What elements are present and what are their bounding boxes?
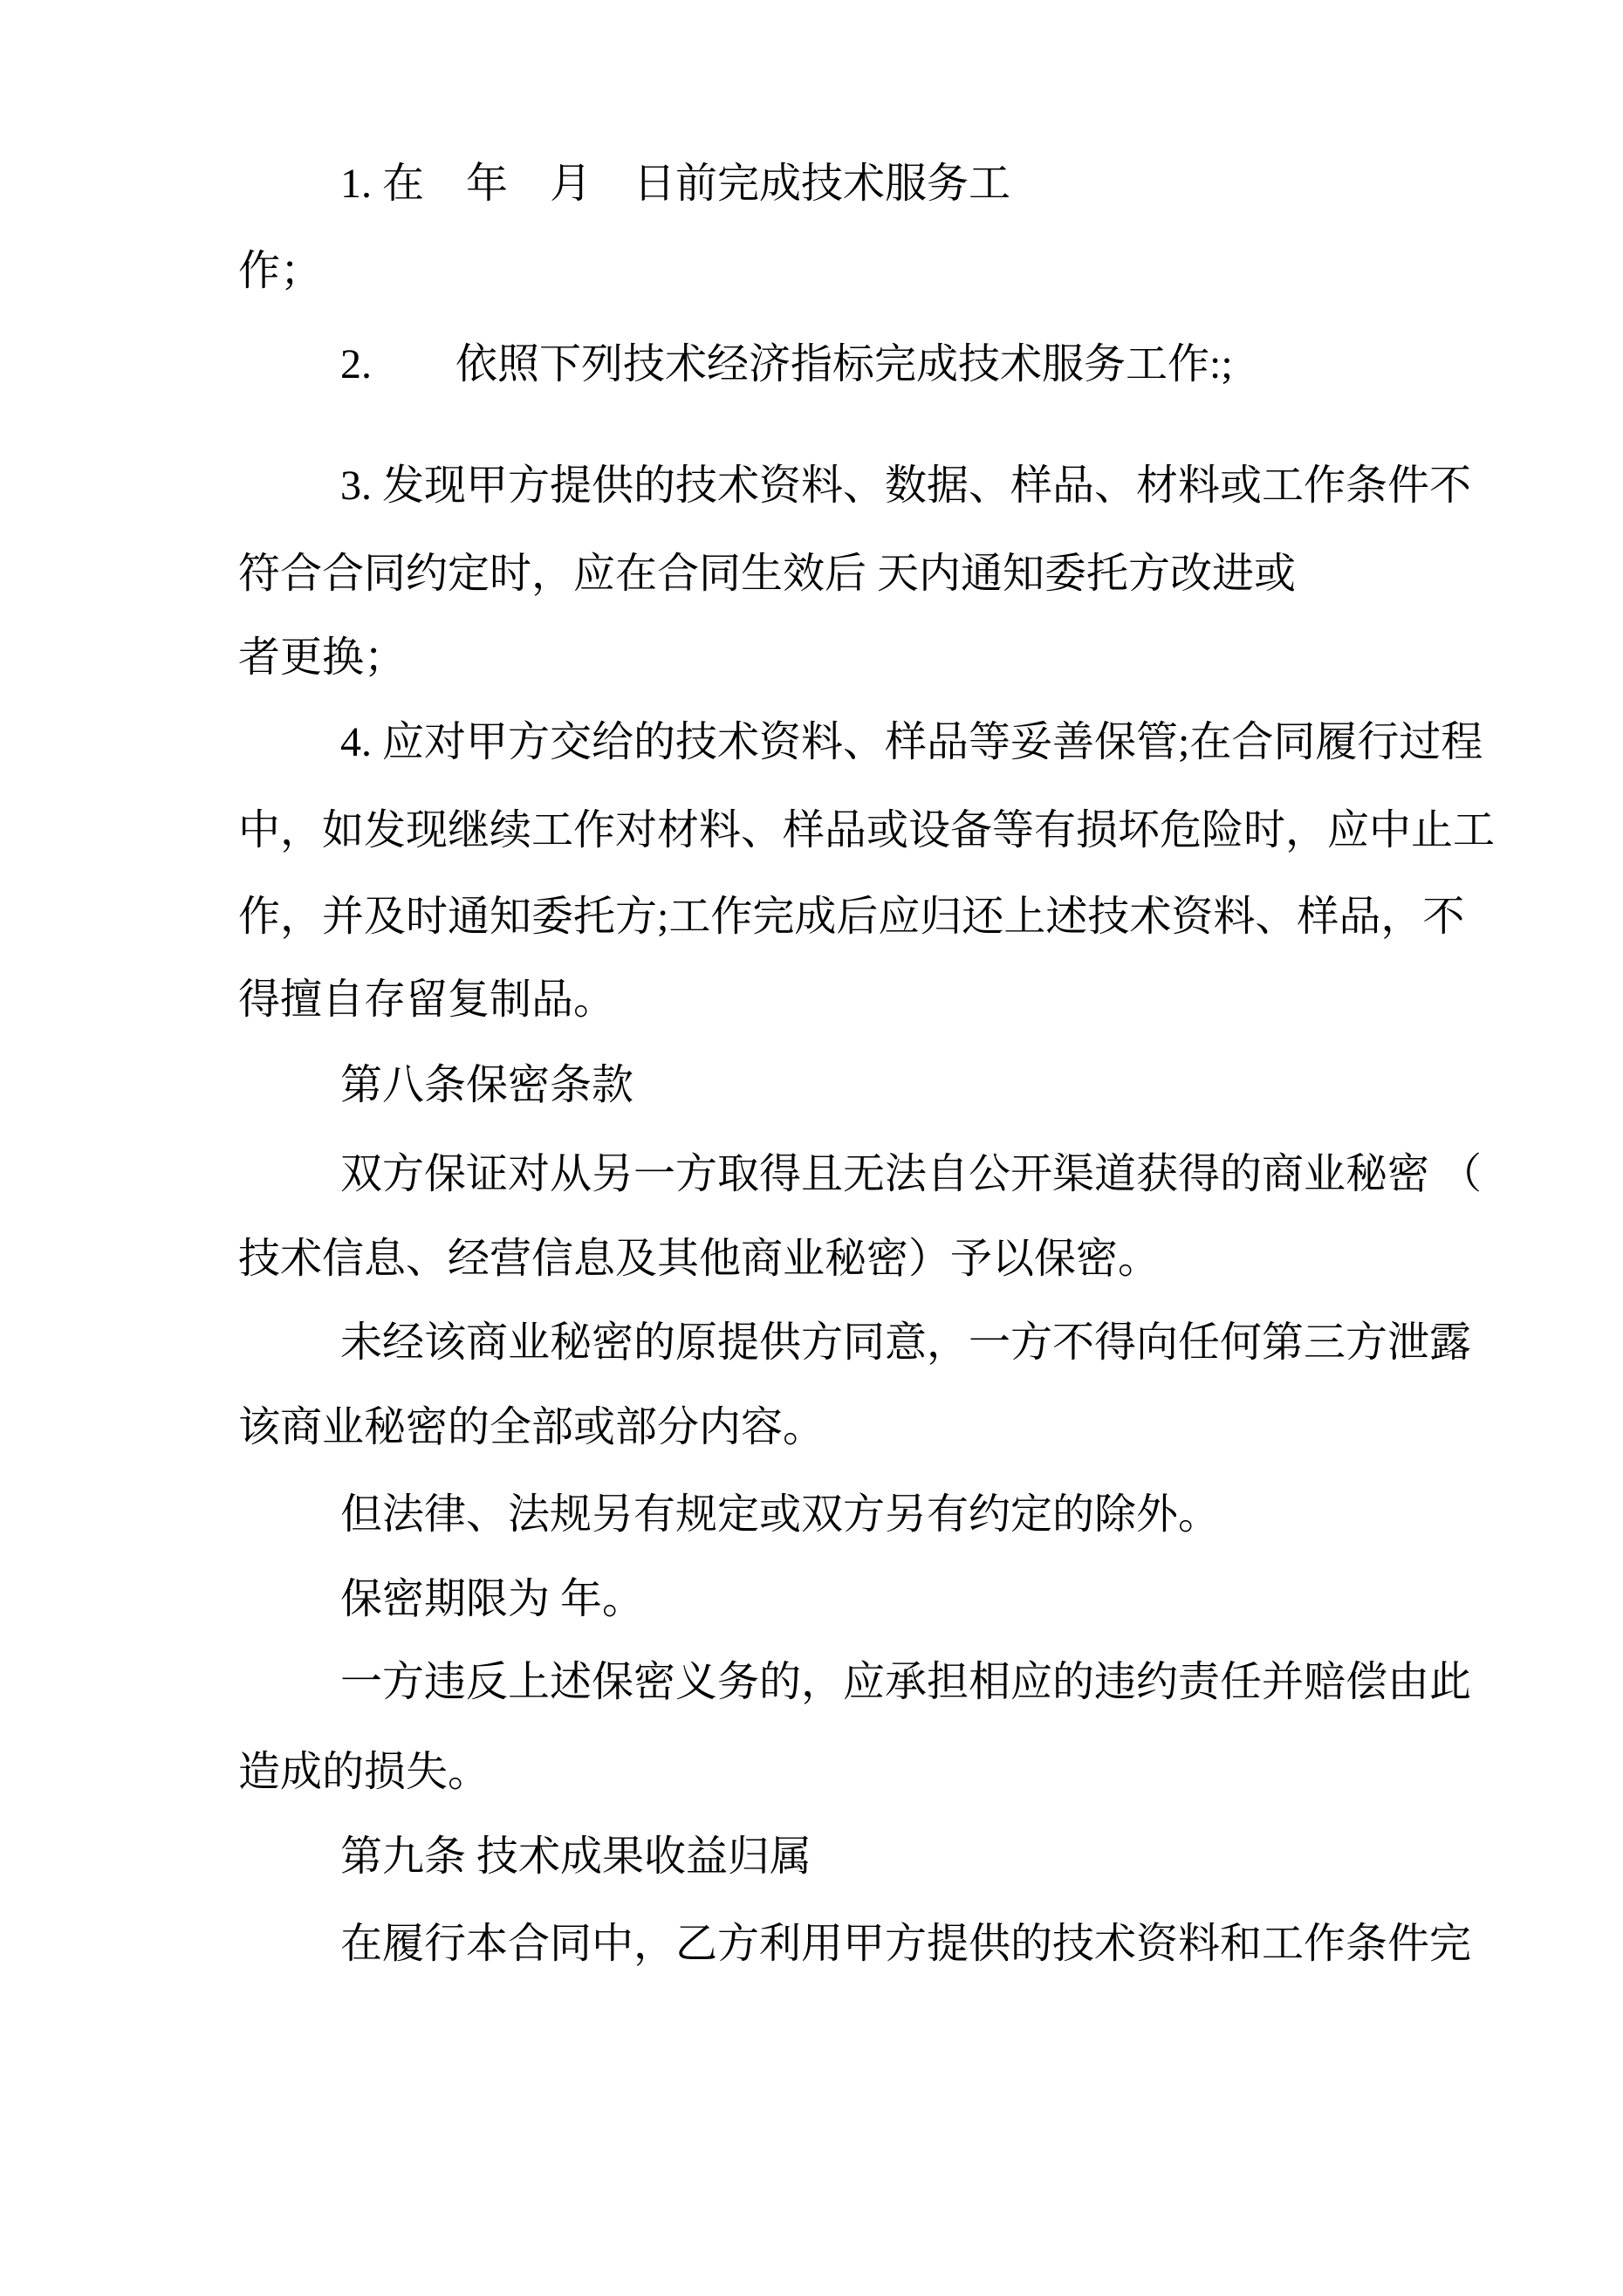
clause-3-line-3: 者更换； [238, 631, 406, 685]
article-8-para-5-line-1: 一方违反上述保密义务的，应承担相应的违约责任并赔偿由此 [340, 1655, 1471, 1710]
clause-3-line-1: 3. 发现甲方提供的技术资料、数据、样品、材料或工作条件不 [340, 459, 1471, 513]
clause-4-line-2: 中，如发现继续工作对材料、样品或设备等有损坏危险时，应中止工 [238, 804, 1495, 858]
clause-1-line-1: 1. 在 年 月 日前完成技术服务工 [340, 157, 1010, 211]
clause-4-line-4: 得擅自存留复制品。 [238, 973, 615, 1027]
article-8-para-2-line-1: 未经该商业秘密的原提供方同意，一方不得向任何第三方泄露 [340, 1316, 1471, 1370]
article-8-para-2-line-2: 该商业秘密的全部或部分内容。 [238, 1401, 825, 1455]
article-8-para-5-line-2: 造成的损失。 [238, 1745, 490, 1799]
article-9-para-1-line-1: 在履行本合同中，乙方利用甲方提供的技术资料和工作条件完 [340, 1917, 1471, 1971]
clause-4-line-3: 作，并及时通知委托方;工作完成后应归还上述技术资料、样品，不 [238, 890, 1464, 944]
article-9-heading: 第九条 技术成果收益归属 [340, 1830, 811, 1884]
article-8-para-3: 但法律、法规另有规定或双方另有约定的除外。 [340, 1488, 1220, 1542]
article-8-para-4: 保密期限为 年。 [340, 1573, 644, 1627]
clause-1-line-2: 作； [238, 244, 322, 298]
document-page: 1. 在 年 月 日前完成技术服务工 作； 2. 依照下列技术经济指标完成技术服… [0, 0, 1623, 2296]
article-8-para-1-line-2: 技术信息、经营信息及其他商业秘密）予以保密。 [238, 1232, 1160, 1286]
article-8-para-1-line-1: 双方保证对从另一方取得且无法自公开渠道获得的商业秘密 （ [340, 1148, 1482, 1202]
article-8-heading: 第八条保密条款 [340, 1059, 633, 1113]
clause-3-line-2: 符合合同约定时，应在合同生效后 天内通知委托方改进或 [238, 547, 1296, 601]
clause-4-line-1: 4. 应对甲方交给的技术资料、样品等妥善保管;在合同履行过程 [340, 716, 1483, 770]
clause-2-line: 2. 依照下列技术经济指标完成技术服务工作:; [340, 338, 1233, 392]
